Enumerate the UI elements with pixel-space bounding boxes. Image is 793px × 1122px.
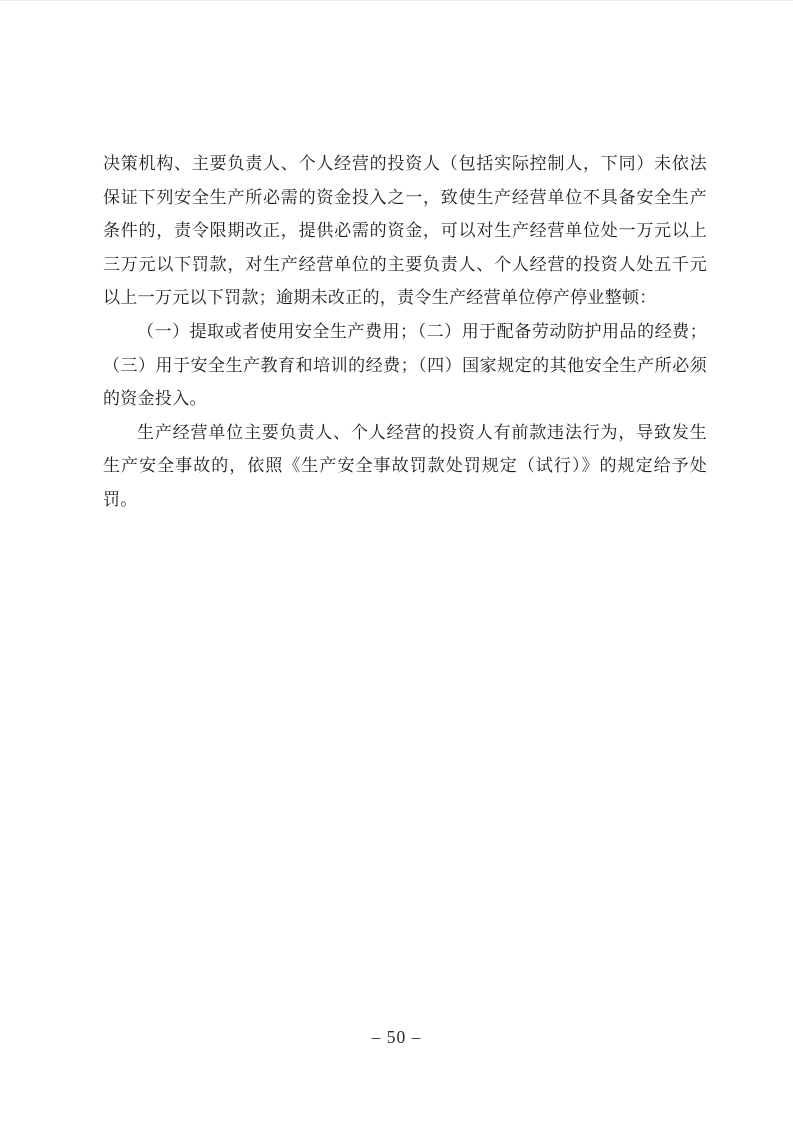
document-page: 决策机构、主要负责人、个人经营的投资人（包括实际控制人，下同）未依法保证下列安全… (0, 0, 793, 1122)
page-number: – 50 – (372, 1027, 422, 1047)
paragraph-continuation: 决策机构、主要负责人、个人经营的投资人（包括实际控制人，下同）未依法保证下列安全… (103, 147, 707, 315)
paragraph-enumerated-items: （一）提取或者使用安全生产费用；（二）用于配备劳动防护用品的经费；（三）用于安全… (103, 315, 707, 416)
page-body-text: 决策机构、主要负责人、个人经营的投资人（包括实际控制人，下同）未依法保证下列安全… (103, 147, 707, 517)
page-footer: – 50 – (0, 1027, 793, 1048)
paragraph-penalty-clause: 生产经营单位主要负责人、个人经营的投资人有前款违法行为，导致发生生产安全事故的，… (103, 416, 707, 517)
